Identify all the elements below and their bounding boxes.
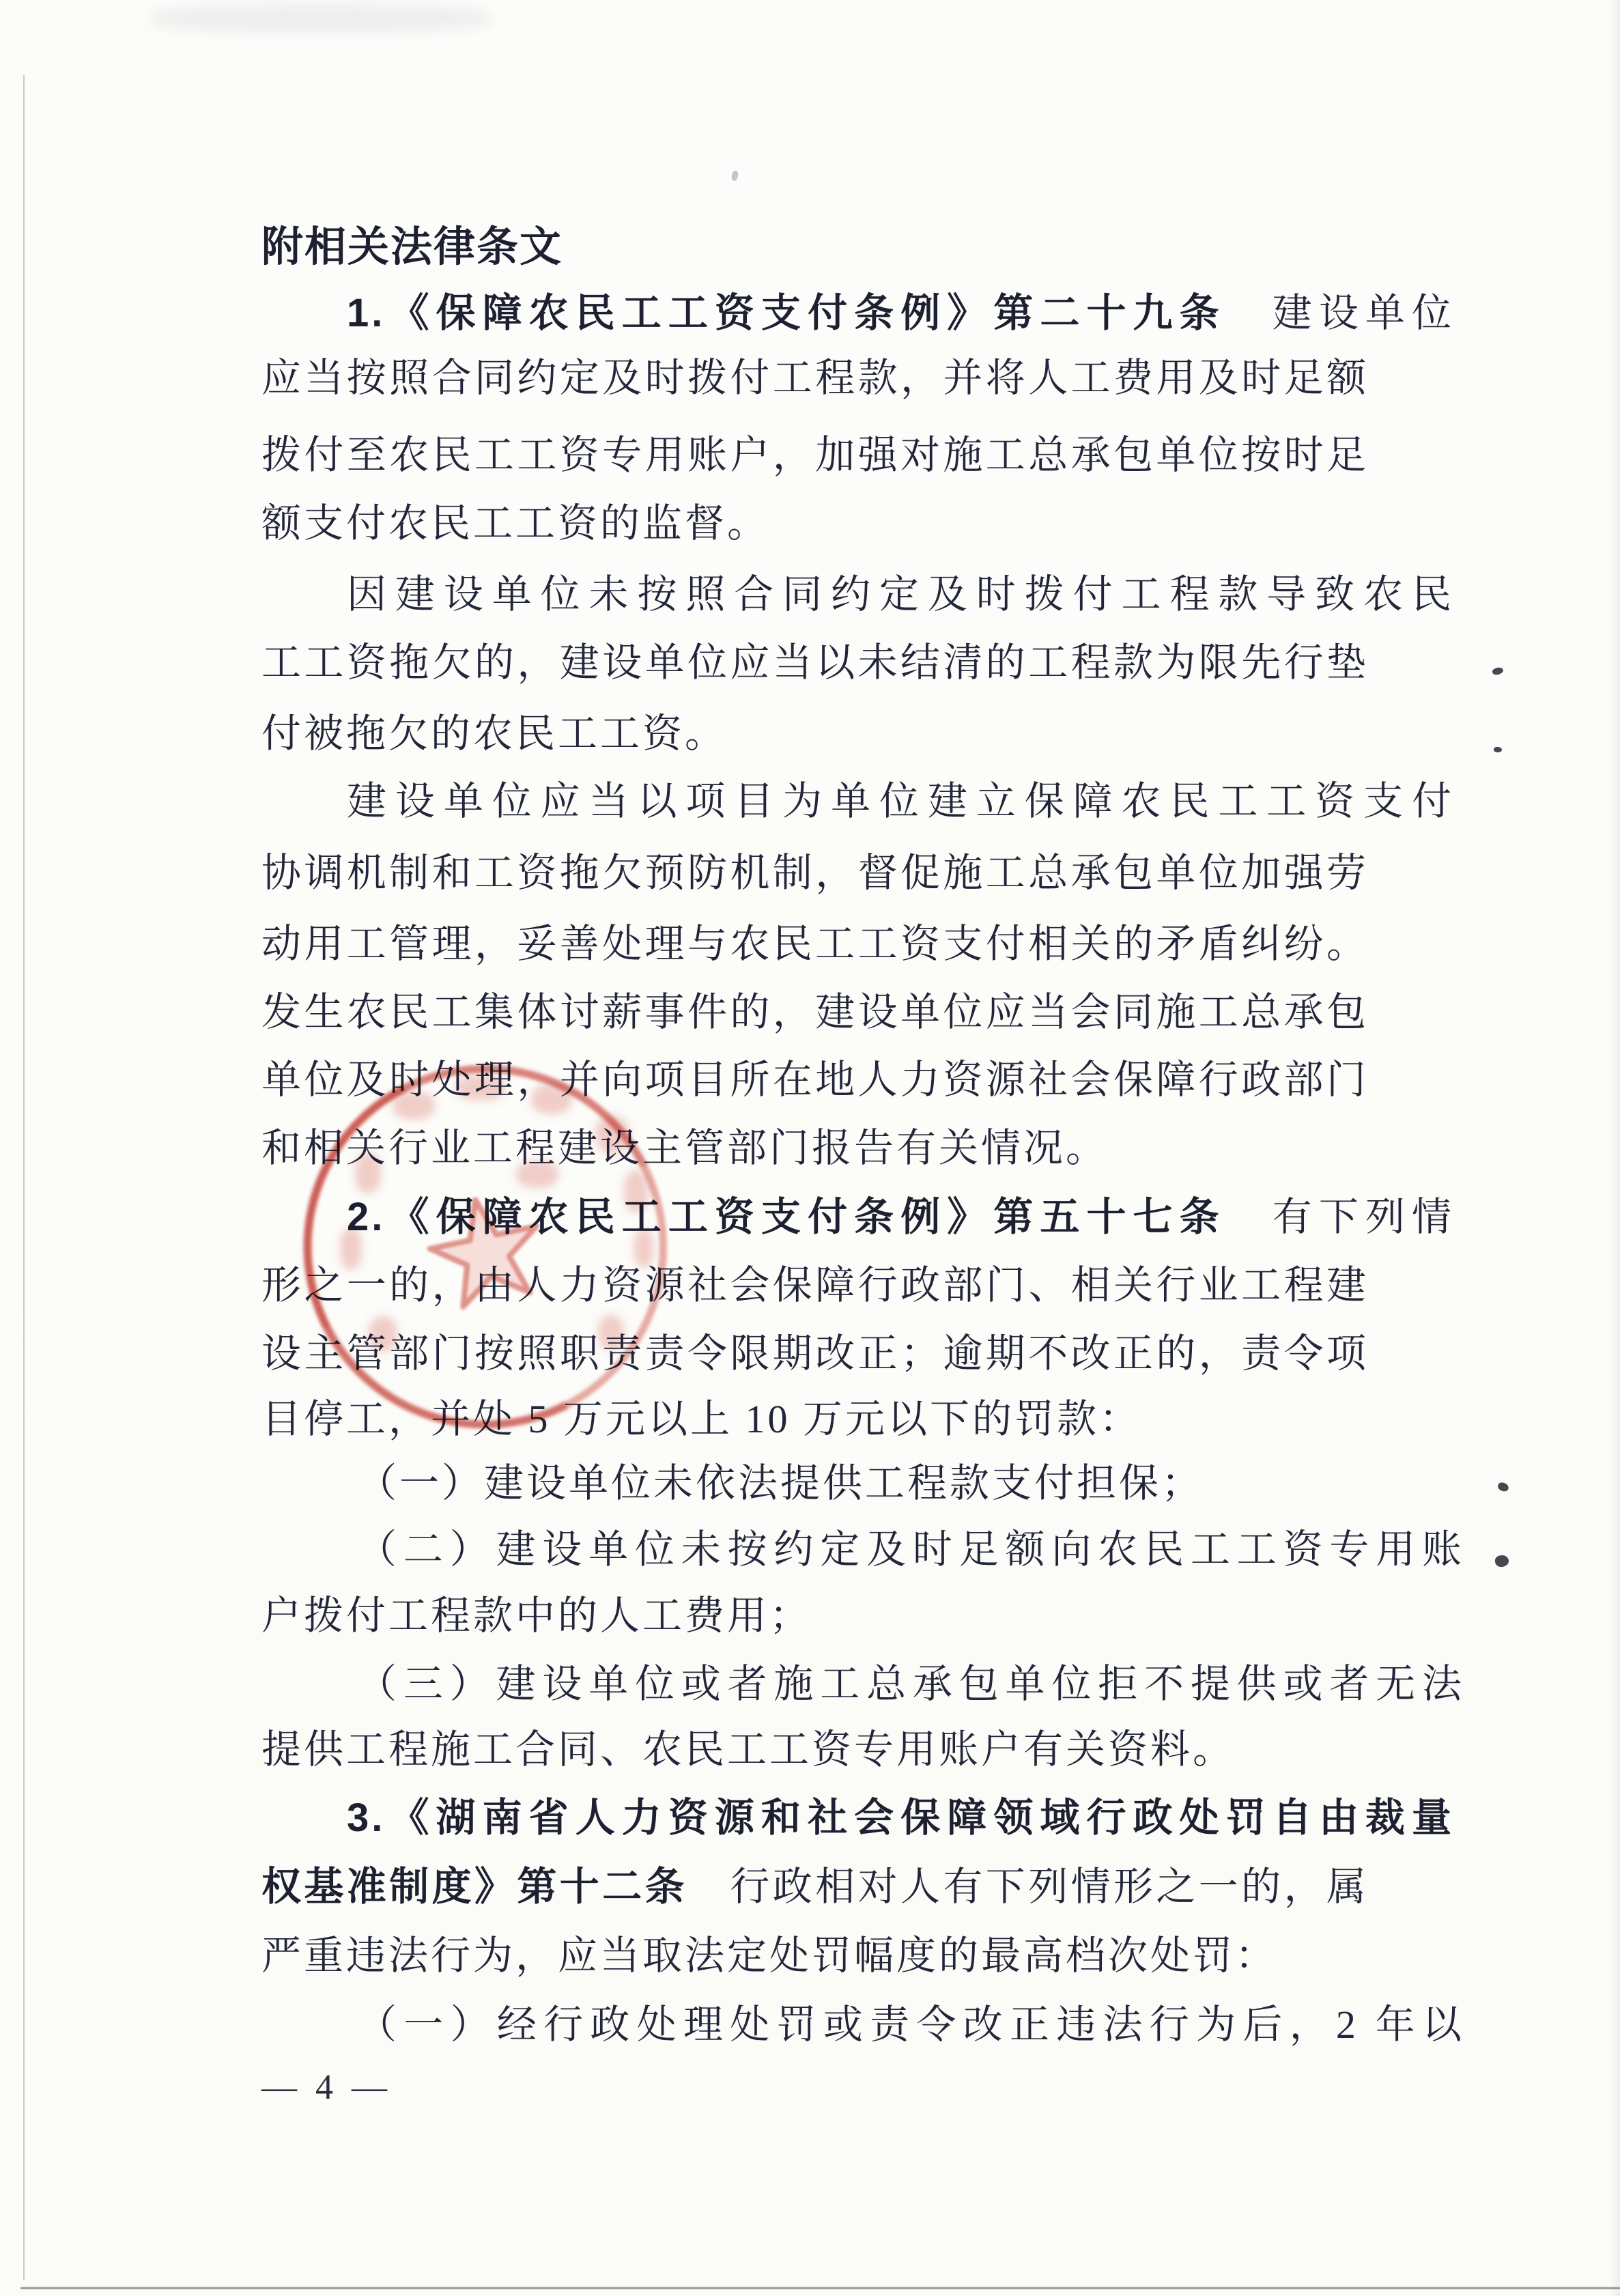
text-line: 工工资拖欠的，建设单位应当以未结清的工程款为限先行垫 xyxy=(261,639,1369,688)
bold-text-segment: 附相关法律条文 xyxy=(261,223,563,270)
text-line: 付被拖欠的农民工工资。 xyxy=(261,710,1369,759)
bold-text-segment: 3.《湖南省人力资源和社会保障领域行政处罚自由裁量 xyxy=(347,1796,1454,1840)
text-segment: 建设单位 xyxy=(1226,291,1454,335)
text-segment: 户拨付工程款中的人工费用； xyxy=(261,1593,812,1638)
seal-ink-trace xyxy=(595,1116,629,1154)
page-edge-bottom xyxy=(20,2287,1620,2289)
text-line: 1.《保障农民工工资支付条例》第二十九条 建设单位 xyxy=(261,289,1454,338)
text-line: （一）建设单位未依法提供工程款支付担保； xyxy=(261,1460,1464,1508)
text-segment: 建设单位应当以项目为单位建立保障农民工工资支付 xyxy=(347,779,1454,823)
text-line: 应当按照合同约定及时拨付工程款，并将人工费用及时足额 xyxy=(261,354,1369,403)
text-line: 建设单位应当以项目为单位建立保障农民工工资支付 xyxy=(261,778,1454,826)
text-line: 额支付农民工工资的监督。 xyxy=(261,500,1369,548)
page-number: — 4 — xyxy=(261,2067,392,2108)
text-segment: 有下列情 xyxy=(1226,1195,1454,1239)
text-line: 拨付至农民工工资专用账户，加强对施工总承包单位按时足 xyxy=(261,431,1369,480)
text-segment: （一）建设单位未依法提供工程款支付担保； xyxy=(357,1461,1204,1505)
text-segment: 工工资拖欠的，建设单位应当以未结清的工程款为限先行垫 xyxy=(261,640,1369,685)
text-line: （一）经行政处理处罚或责令改正违法行为后，2 年以 xyxy=(261,2001,1464,2050)
page-edge-right xyxy=(1609,0,1620,2296)
text-segment: 付被拖欠的农民工工资。 xyxy=(261,711,727,756)
text-line: 因建设单位未按照合同约定及时拨付工程款导致农民 xyxy=(261,571,1454,619)
text-line: 权基准制度》第十二条 行政相对人有下列情形之一的，属 xyxy=(261,1863,1369,1912)
seal-ink-trace xyxy=(634,1229,654,1267)
text-segment: 行政相对人有下列情形之一的，属 xyxy=(687,1865,1369,1909)
text-segment: 发生农民工集体讨薪事件的，建设单位应当会同施工总承包 xyxy=(261,990,1369,1034)
seal-ink-trace xyxy=(456,1075,505,1101)
text-segment: （三）建设单位或者施工总承包单位拒不提供或者无法 xyxy=(357,1662,1464,1706)
seal-ink-trace xyxy=(531,1084,572,1114)
seal-ink-trace xyxy=(598,1315,624,1350)
text-line: （二）建设单位未按约定及时足额向农民工工资专用账 xyxy=(261,1526,1464,1574)
text-line: 户拨付工程款中的人工费用； xyxy=(261,1592,1369,1641)
text-line: 3.《湖南省人力资源和社会保障领域行政处罚自由裁量 xyxy=(261,1794,1454,1843)
text-line: 提供工程施工合同、农民工工资专用账户有关资料。 xyxy=(261,1726,1369,1774)
ink-speck xyxy=(1494,747,1502,752)
seal-ink-trace xyxy=(355,1152,381,1193)
text-segment: 因建设单位未按照合同约定及时拨付工程款导致农民 xyxy=(347,572,1454,616)
text-line: 发生农民工集体讨薪事件的，建设单位应当会同施工总承包 xyxy=(261,989,1369,1037)
text-segment: 严重违法行为，应当取法定处罚幅度的最高档次处罚： xyxy=(261,1933,1277,1978)
ink-speck xyxy=(1496,1482,1509,1493)
text-segment: 拨付至农民工工资专用账户，加强对施工总承包单位按时足 xyxy=(261,433,1369,477)
text-line: 严重违法行为，应当取法定处罚幅度的最高档次处罚： xyxy=(261,1932,1369,1981)
document-page: 附相关法律条文1.《保障农民工工资支付条例》第二十九条 建设单位应当按照合同约定… xyxy=(0,0,1620,2296)
seal-ink-trace xyxy=(624,1170,649,1213)
text-line: 动用工管理，妥善处理与农民工工资支付相关的矛盾纠纷。 xyxy=(261,920,1369,969)
page-edge-left xyxy=(23,75,25,2280)
seal-ink-trace xyxy=(516,1161,558,1188)
text-segment: 动用工管理，妥善处理与农民工工资支付相关的矛盾纠纷。 xyxy=(261,922,1369,966)
ink-speck xyxy=(1492,666,1504,676)
bold-text-segment: 权基准制度》第十二条 xyxy=(261,1865,687,1909)
ink-speck xyxy=(730,170,739,182)
text-segment: （一）经行政处理处罚或责令改正违法行为后，2 年以 xyxy=(357,2002,1464,2047)
text-line: 协调机制和工资拖欠预防机制，督促施工总承包单位加强劳 xyxy=(261,849,1369,898)
text-segment: （二）建设单位未按约定及时足额向农民工工资专用账 xyxy=(357,1527,1464,1572)
text-line: （三）建设单位或者施工总承包单位拒不提供或者无法 xyxy=(261,1660,1464,1709)
seal-ink-trace xyxy=(340,1228,362,1270)
star-icon xyxy=(418,1185,554,1316)
text-segment: 提供工程施工合同、农民工工资专用账户有关资料。 xyxy=(261,1727,1235,1772)
text-segment: 额支付农民工工资的监督。 xyxy=(261,501,769,545)
seal-ink-trace xyxy=(393,1091,435,1120)
seal-ink-trace xyxy=(369,1316,397,1352)
text-segment: 应当按照合同约定及时拨付工程款，并将人工费用及时足额 xyxy=(261,356,1369,400)
ink-speck xyxy=(1494,1554,1510,1568)
bold-text-segment: 1.《保障农民工工资支付条例》第二十九条 xyxy=(347,291,1226,335)
scan-smudge xyxy=(150,4,492,33)
page-title: 附相关法律条文 xyxy=(261,221,1369,273)
text-segment: 协调机制和工资拖欠预防机制，督促施工总承包单位加强劳 xyxy=(261,851,1369,895)
